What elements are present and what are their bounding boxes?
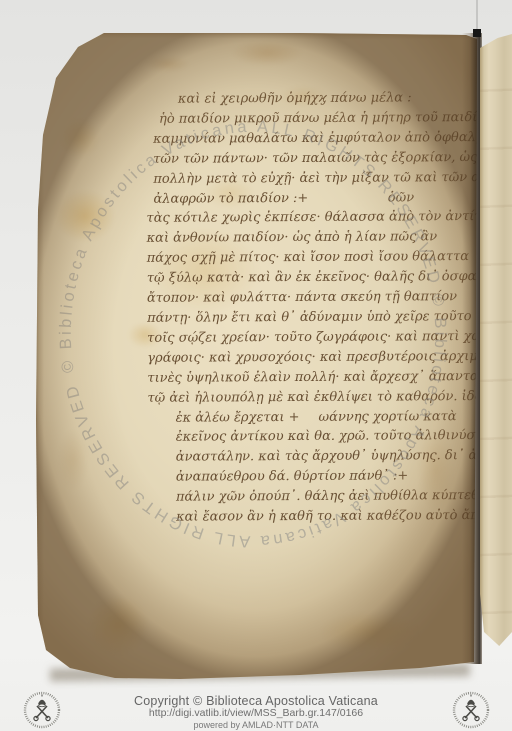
book-gutter <box>462 33 482 664</box>
page-left-edge <box>35 130 44 635</box>
hinge-mark <box>473 29 481 37</box>
footer-powered-by: powered by AMLAD·NTT DATA <box>0 720 512 730</box>
page-edge-vignette <box>28 26 484 686</box>
scan-viewport: καὶ εἰ χειρωθῆν ὁμήχϗ πάνω μέλα : ἡὸ παι… <box>0 0 512 731</box>
footer-url: http://digi.vatlib.it/view/MSS_Barb.gr.1… <box>0 707 512 719</box>
facing-page-creases <box>480 34 512 658</box>
footer-bar: Copyright © Biblioteca Apostolica Vatica… <box>0 686 512 731</box>
footer-copyright: Copyright © Biblioteca Apostolica Vatica… <box>0 694 512 708</box>
manuscript-page: καὶ εἰ χειρωθῆν ὁμήχϗ πάνω μέλα : ἡὸ παι… <box>0 0 512 731</box>
